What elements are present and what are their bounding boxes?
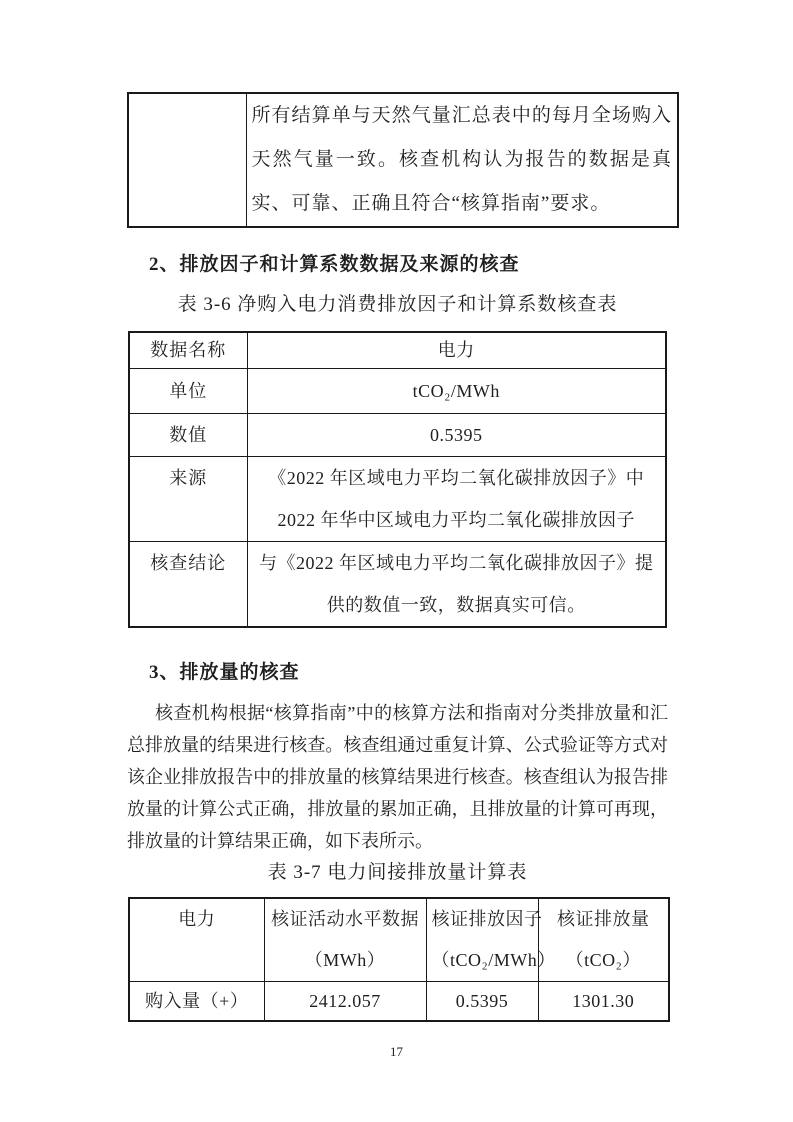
table-row: 单位 tCO₂/MWh [129, 369, 666, 414]
table-row: 数值 0.5395 [129, 414, 666, 457]
column-header-line1: 核证排放量 [544, 899, 664, 940]
column-header: 核证活动水平数据 （MWh） [264, 898, 426, 982]
column-header-line1: 电力 [135, 899, 259, 940]
table-3-6: 数据名称 电力 单位 tCO₂/MWh 数值 0.5395 来源 《2022 年… [128, 331, 667, 628]
row-label: 购入量（+） [129, 982, 264, 1022]
section-3-heading: 3、排放量的核查 [149, 660, 300, 686]
table-row: 所有结算单与天然气量汇总表中的每月全场购入天然气量一致。核查机构认为报告的数据是… [128, 93, 678, 227]
row-label: 核查结论 [129, 542, 247, 628]
emission-verification-paragraph: 核查机构根据“核算指南”中的核算方法和指南对分类排放量和汇总排放量的结果进行核查… [127, 697, 668, 857]
table-3-7-caption: 表 3-7 电力间接排放量计算表 [127, 860, 668, 886]
row-label: 数值 [129, 414, 247, 457]
column-header: 核证排放因子 （tCO₂/MWh） [426, 898, 538, 982]
row-label: 来源 [129, 457, 247, 542]
carryover-content-cell: 所有结算单与天然气量汇总表中的每月全场购入天然气量一致。核查机构认为报告的数据是… [246, 93, 678, 227]
row-label: 单位 [129, 369, 247, 414]
factor-value: 0.5395 [426, 982, 538, 1022]
table-3-6-caption: 表 3-6 净购入电力消费排放因子和计算系数核查表 [127, 292, 668, 318]
emission-value: 1301.30 [538, 982, 669, 1022]
row-value: 与《2022 年区域电力平均二氧化碳排放因子》提供的数值一致，数据真实可信。 [247, 542, 666, 628]
table-row: 购入量（+） 2412.057 0.5395 1301.30 [129, 982, 669, 1022]
column-header-line2: （MWh） [270, 940, 421, 981]
document-page: 所有结算单与天然气量汇总表中的每月全场购入天然气量一致。核查机构认为报告的数据是… [0, 0, 793, 1122]
page-number: 17 [0, 1044, 793, 1060]
activity-value: 2412.057 [264, 982, 426, 1022]
carryover-table: 所有结算单与天然气量汇总表中的每月全场购入天然气量一致。核查机构认为报告的数据是… [127, 92, 679, 228]
row-value: 《2022 年区域电力平均二氧化碳排放因子》中 2022 年华中区域电力平均二氧… [247, 457, 666, 542]
row-value: tCO₂/MWh [247, 369, 666, 414]
table-row: 来源 《2022 年区域电力平均二氧化碳排放因子》中 2022 年华中区域电力平… [129, 457, 666, 542]
column-header-line1: 核证排放因子 [432, 899, 533, 940]
row-label: 数据名称 [129, 332, 247, 369]
row-value: 电力 [247, 332, 666, 369]
section-2-heading: 2、排放因子和计算系数数据及来源的核查 [149, 252, 520, 278]
column-header: 核证排放量 （tCO₂） [538, 898, 669, 982]
table-3-7: 电力 核证活动水平数据 （MWh） 核证排放因子 （tCO₂/MWh） 核证排放… [128, 897, 670, 1022]
column-header-line2: （tCO₂/MWh） [432, 940, 533, 981]
row-value: 0.5395 [247, 414, 666, 457]
column-header: 电力 [129, 898, 264, 982]
table-header-row: 电力 核证活动水平数据 （MWh） 核证排放因子 （tCO₂/MWh） 核证排放… [129, 898, 669, 982]
table-row: 数据名称 电力 [129, 332, 666, 369]
table-row: 核查结论 与《2022 年区域电力平均二氧化碳排放因子》提供的数值一致，数据真实… [129, 542, 666, 628]
column-header-line2: （tCO₂） [544, 940, 664, 981]
column-header-line1: 核证活动水平数据 [270, 899, 421, 940]
carryover-row-label-cell [128, 93, 246, 227]
